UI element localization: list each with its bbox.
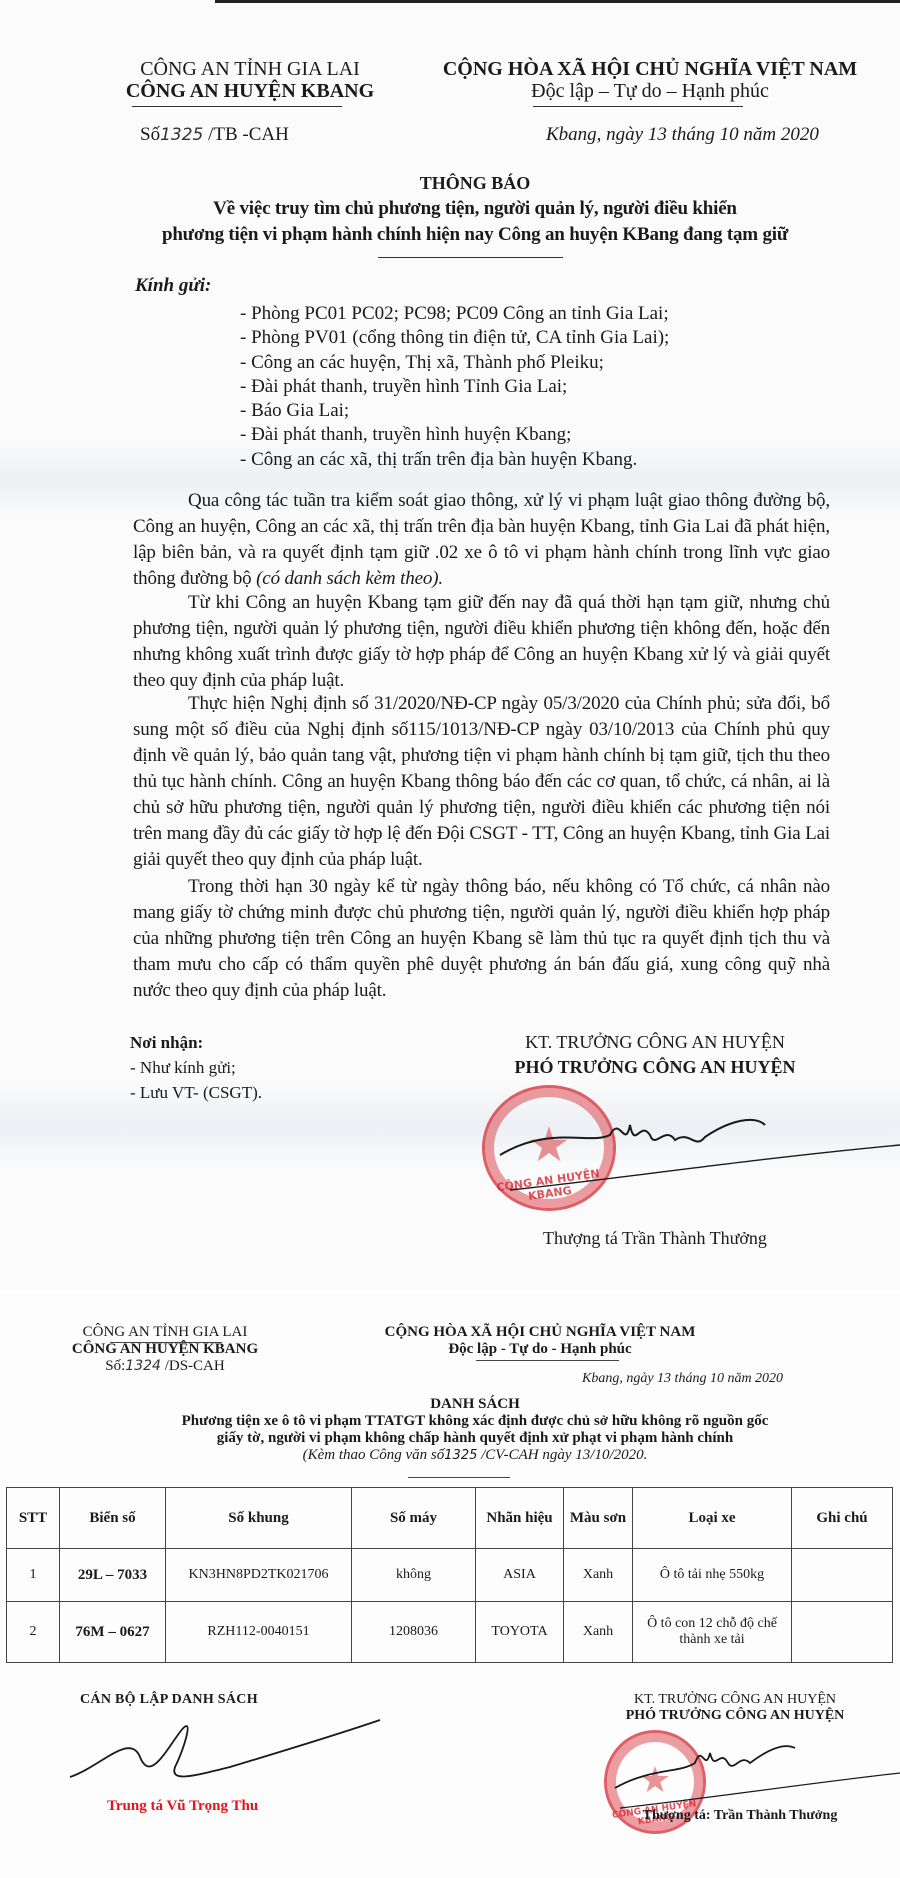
signature-block: KT. TRƯỞNG CÔNG AN HUYỆN PHÓ TRƯỞNG CÔNG… bbox=[575, 1692, 895, 1724]
reference-line: (Kèm thao Công văn số1325 /CV-CAH ngày 1… bbox=[100, 1447, 850, 1464]
column-header: Nhãn hiệu bbox=[476, 1488, 564, 1549]
notice-title-block: THÔNG BÁO Về việc truy tìm chủ phương ti… bbox=[100, 170, 850, 248]
subject-line: Về việc truy tìm chủ phương tiện, người … bbox=[100, 196, 850, 222]
org-underline bbox=[110, 1342, 222, 1343]
signer-name: Thượng tá: Trần Thành Thưởng bbox=[580, 1808, 900, 1824]
title-underline bbox=[378, 257, 563, 258]
national-motto: Độc lập – Tự do – Hạnh phúc bbox=[420, 80, 880, 102]
nation-name: CỘNG HÒA XÃ HỘI CHỦ NGHĨA VIỆT NAM bbox=[420, 58, 880, 80]
signatory-position: PHÓ TRƯỞNG CÔNG AN HUYỆN bbox=[470, 1055, 840, 1080]
column-header: Biển số bbox=[60, 1488, 166, 1549]
distribution-list: Nơi nhận: - Như kính gửi; - Lưu VT- (CSG… bbox=[130, 1030, 262, 1105]
handwritten-signature-icon bbox=[60, 1712, 390, 1792]
list-subtitle: giấy tờ, người vi phạm không chấp hành q… bbox=[100, 1430, 850, 1447]
list-subtitle: Phương tiện xe ô tô vi phạm TTATGT không… bbox=[100, 1413, 850, 1430]
recipient-item: - Đài phát thanh, truyền hình huyện Kban… bbox=[240, 423, 669, 447]
addressee-label: Kính gửi: bbox=[135, 275, 211, 297]
signature-block: KT. TRƯỞNG CÔNG AN HUYỆN PHÓ TRƯỞNG CÔNG… bbox=[470, 1030, 840, 1080]
org-underline bbox=[132, 106, 342, 107]
document-number: Số1325 /TB -CAH bbox=[140, 124, 289, 146]
column-header: Số khung bbox=[166, 1488, 352, 1549]
org-parent: CÔNG AN TỈNH GIA LAI bbox=[20, 1324, 310, 1341]
handwritten-number: 1325 bbox=[160, 125, 203, 145]
issuing-organization: CÔNG AN TỈNH GIA LAI CÔNG AN HUYỆN KBANG… bbox=[20, 1324, 310, 1375]
nation-name: CỘNG HÒA XÃ HỘI CHỦ NGHĨA VIỆT NAM bbox=[360, 1324, 720, 1341]
recipient-item: - Phòng PV01 (cổng thông tin điện tử, CA… bbox=[240, 326, 669, 350]
list-title-block: DANH SÁCH Phương tiện xe ô tô vi phạm TT… bbox=[100, 1396, 850, 1464]
recipient-item: - Phòng PC01 PC02; PC98; PC09 Công an tỉ… bbox=[240, 302, 669, 326]
place-date: Kbang, ngày 13 tháng 10 năm 2020 bbox=[582, 1371, 783, 1387]
signatory-title: KT. TRƯỞNG CÔNG AN HUYỆN bbox=[575, 1692, 895, 1708]
recipient-item: - Báo Gia Lai; bbox=[240, 399, 669, 423]
document-title: THÔNG BÁO bbox=[100, 170, 850, 196]
preparer-label: CÁN BỘ LẬP DANH SÁCH bbox=[80, 1692, 258, 1708]
place-date: Kbang, ngày 13 tháng 10 năm 2020 bbox=[546, 124, 819, 146]
body-paragraph: Qua công tác tuần tra kiểm soát giao thô… bbox=[133, 488, 830, 592]
table-row: 2 76M – 0627 RZH112-0040151 1208036 TOYO… bbox=[7, 1602, 893, 1663]
vehicle-table: STT Biển số Số khung Số máy Nhãn hiệu Mà… bbox=[6, 1487, 893, 1663]
scan-top-edge bbox=[215, 0, 900, 3]
body-paragraph: Thực hiện Nghị định số 31/2020/NĐ-CP ngà… bbox=[133, 691, 830, 873]
body-paragraph: Từ khi Công an huyện Kbang tạm giữ đến n… bbox=[133, 590, 830, 694]
body-paragraph: Trong thời hạn 30 ngày kể từ ngày thông … bbox=[133, 874, 830, 1004]
org-parent: CÔNG AN TỈNH GIA LAI bbox=[90, 58, 410, 80]
distribution-item: - Như kính gửi; bbox=[130, 1055, 262, 1080]
recipient-item: - Công an các huyện, Thị xã, Thành phố P… bbox=[240, 351, 669, 375]
column-header: Loại xe bbox=[633, 1488, 792, 1549]
national-motto: Độc lập - Tự do - Hạnh phúc bbox=[360, 1341, 720, 1358]
national-header: CỘNG HÒA XÃ HỘI CHỦ NGHĨA VIỆT NAM Độc l… bbox=[360, 1324, 720, 1358]
column-header: STT bbox=[7, 1488, 60, 1549]
column-header: Ghi chú bbox=[792, 1488, 893, 1549]
column-header: Màu sơn bbox=[564, 1488, 633, 1549]
issuing-organization: CÔNG AN TỈNH GIA LAI CÔNG AN HUYỆN KBANG bbox=[90, 58, 410, 102]
distribution-label: Nơi nhận: bbox=[130, 1030, 262, 1055]
subject-line: phương tiện vi phạm hành chính hiện nay … bbox=[100, 222, 850, 248]
column-header: Số máy bbox=[352, 1488, 476, 1549]
handwritten-number: 1324 bbox=[125, 1358, 161, 1374]
title-underline bbox=[408, 1477, 510, 1478]
org-name: CÔNG AN HUYỆN KBANG bbox=[90, 80, 410, 102]
recipient-list: - Phòng PC01 PC02; PC98; PC09 Công an tỉ… bbox=[240, 302, 669, 472]
table-row: 1 29L – 7033 KN3HN8PD2TK021706 không ASI… bbox=[7, 1549, 893, 1602]
document-title: DANH SÁCH bbox=[100, 1396, 850, 1413]
signatory-position: PHÓ TRƯỞNG CÔNG AN HUYỆN bbox=[575, 1708, 895, 1724]
signatory-title: KT. TRƯỞNG CÔNG AN HUYỆN bbox=[470, 1030, 840, 1055]
handwritten-signature-icon bbox=[610, 1728, 900, 1818]
table-header-row: STT Biển số Số khung Số máy Nhãn hiệu Mà… bbox=[7, 1488, 893, 1549]
org-name: CÔNG AN HUYỆN KBANG bbox=[20, 1341, 310, 1358]
motto-underline bbox=[533, 106, 743, 107]
motto-underline bbox=[476, 1360, 619, 1361]
document-number: Số:1324 /DS-CAH bbox=[20, 1358, 310, 1375]
distribution-item: - Lưu VT- (CSGT). bbox=[130, 1080, 262, 1105]
handwritten-signature-icon bbox=[490, 1095, 900, 1205]
signer-name: Thượng tá Trần Thành Thưởng bbox=[470, 1228, 840, 1249]
preparer-name: Trung tá Vũ Trọng Thu bbox=[107, 1798, 258, 1815]
recipient-item: - Đài phát thanh, truyền hình Tỉnh Gia L… bbox=[240, 375, 669, 399]
recipient-item: - Công an các xã, thị trấn trên địa bàn … bbox=[240, 448, 669, 472]
national-header: CỘNG HÒA XÃ HỘI CHỦ NGHĨA VIỆT NAM Độc l… bbox=[420, 58, 880, 102]
